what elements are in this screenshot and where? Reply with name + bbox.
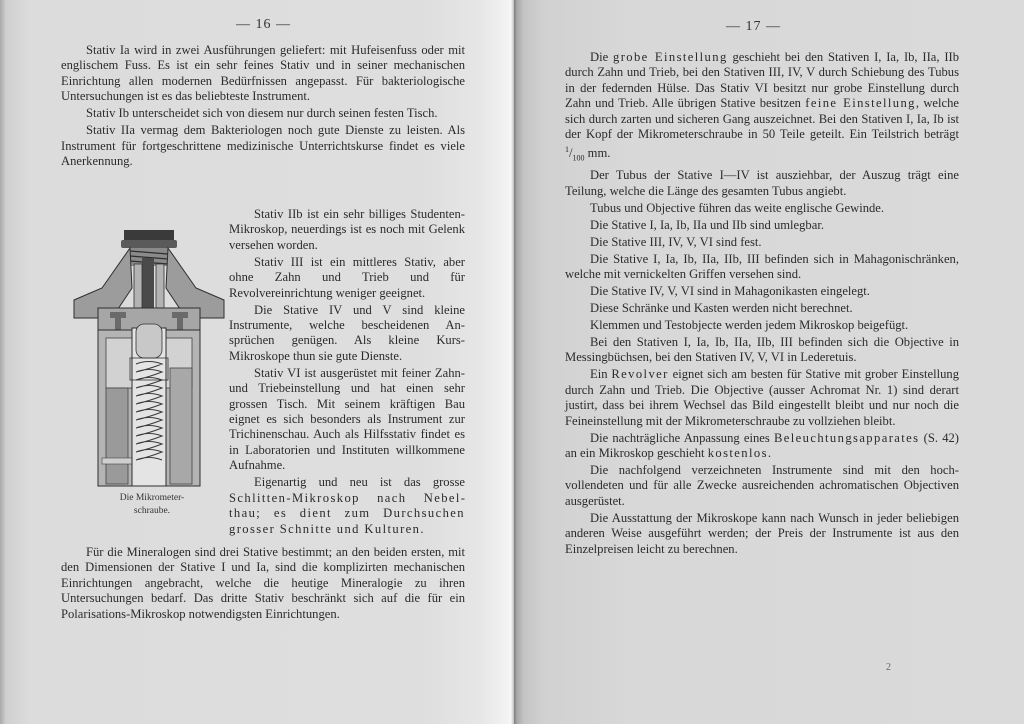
paragraph-mineralogen: Für die Mineralogen sind drei Stative be…: [61, 545, 465, 622]
paragraph-stative-iv-v: Die Stative IV und V sind kleine Instrum…: [229, 303, 465, 365]
book-spread: — 16 — Stativ Ia wird in zwei Ausführung…: [0, 0, 1024, 724]
paragraph-umlegbar: Die Stative I, Ia, Ib, IIa und IIb sind …: [565, 218, 959, 233]
paragraph-tubus: Der Tubus der Stative I—IV ist ausziehba…: [565, 168, 959, 199]
page-number-17: — 17 —: [726, 19, 781, 35]
paragraph-objective-etuis: Bei den Stativen I, Ia, Ib, IIa, IIb, II…: [565, 335, 959, 366]
page-number-16: — 16 —: [236, 17, 291, 33]
paragraph-stativ-iii: Stativ III ist ein mittleres Stativ, abe…: [229, 255, 465, 301]
paragraph-beleuchtung: Die nachträgliche Anpassung eines Beleuc…: [565, 431, 959, 462]
paragraph-mahagonischraenke: Die Stative I, Ia, Ib, IIa, IIb, III bef…: [565, 252, 959, 283]
paragraph-ausstattung: Die Ausstattung der Mikroskope kann nach…: [565, 511, 959, 557]
paragraph-fest: Die Stative III, IV, V, VI sind fest.: [565, 235, 959, 250]
paragraph-stativ-ia: Stativ Ia wird in zwei Ausführungen geli…: [61, 43, 465, 105]
figure-caption: Die Mikrometer- schraube.: [92, 492, 212, 518]
left-bottom-text: Für die Mineralogen sind drei Stative be…: [61, 545, 465, 624]
signature-mark: 2: [886, 662, 891, 673]
paragraph-stativ-iib: Stativ IIb ist ein sehr billiges Student…: [229, 207, 465, 253]
paragraph-stativ-ib: Stativ Ib unterscheidet sich von diesem …: [61, 106, 465, 121]
paragraph-nicht-berechnet: Diese Schränke und Kasten werden nicht b…: [565, 301, 959, 316]
right-page-text: Die grobe Einstellung geschieht bei den …: [565, 50, 959, 559]
paragraph-stativ-iia: Stativ IIa vermag dem Bakteriologen noch…: [61, 123, 465, 169]
paragraph-instrumente: Die nachfolgend verzeichneten Instrument…: [565, 463, 959, 509]
micrometer-screw-illustration-icon: [72, 228, 230, 490]
paragraph-mahagonikasten: Die Stative IV, V, VI sind in Mahagonika…: [565, 284, 959, 299]
left-page: — 16 — Stativ Ia wird in zwei Ausführung…: [0, 0, 514, 724]
paragraph-schlitten-mikroskop: Eigenartig und neu ist das grosse Schlit…: [229, 475, 465, 537]
left-top-text: Stativ Ia wird in zwei Ausführungen geli…: [61, 43, 465, 171]
paragraph-einstellung: Die grobe Einstellung geschieht bei den …: [565, 50, 959, 167]
paragraph-klemmen: Klemmen und Testobjecte werden jedem Mik…: [565, 318, 959, 333]
left-side-text: Stativ IIb ist ein sehr billiges Student…: [229, 207, 465, 539]
paragraph-revolver: Ein Revolver eignet sich am besten für S…: [565, 367, 959, 429]
paragraph-gewinde: Tubus und Objective führen das weite eng…: [565, 201, 959, 216]
paragraph-stativ-vi: Stativ VI ist ausgerüstet mit feiner Zah…: [229, 366, 465, 474]
